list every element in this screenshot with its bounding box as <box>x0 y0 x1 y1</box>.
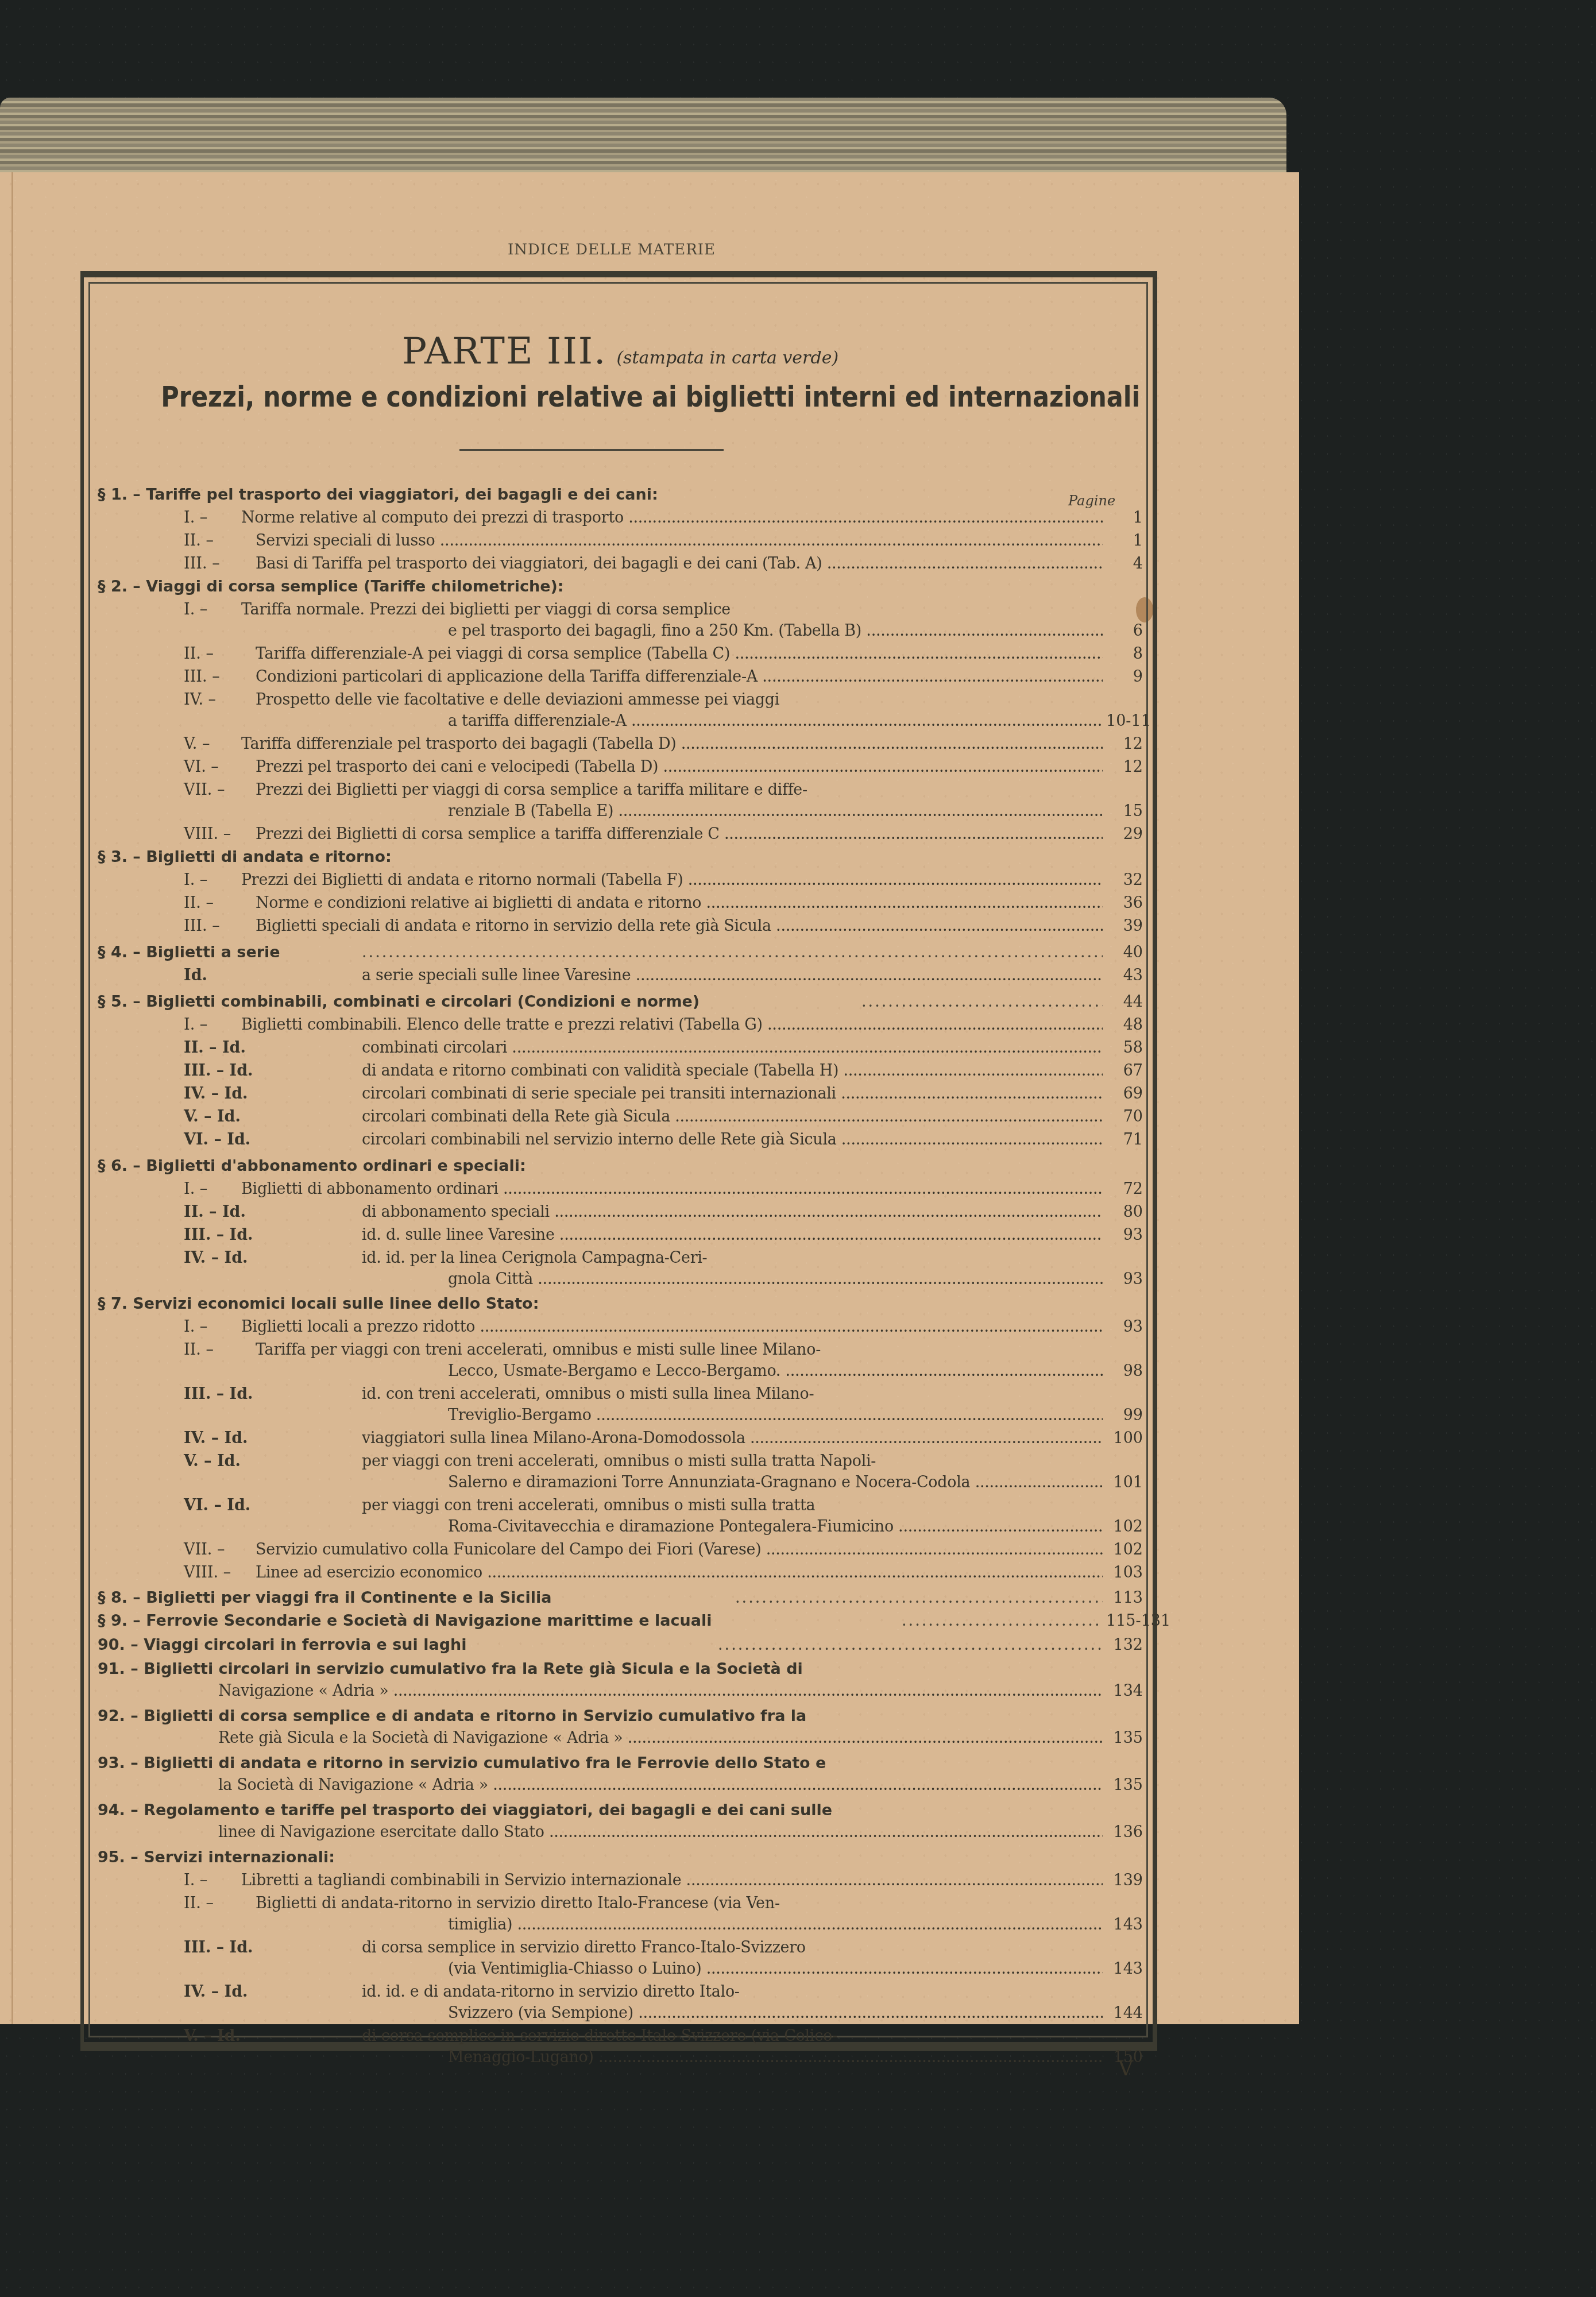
toc-entry[interactable]: Id.a serie speciali sulle linee Varesine… <box>98 965 1143 988</box>
toc-entry[interactable]: II. –Biglietti di andata-ritorno in serv… <box>98 1893 1143 1916</box>
entry-page-number: 93 <box>1106 1269 1143 1290</box>
entry-page-number: 15 <box>1106 801 1143 822</box>
entry-page-number: 43 <box>1106 965 1143 987</box>
entry-title: Svizzero (via Sempione) ................… <box>448 2002 1103 2024</box>
entry-numeral: VI. – Id. <box>184 1129 250 1151</box>
entry-page-number: 144 <box>1106 2002 1143 2024</box>
entry-numeral: VIII. – <box>184 823 231 845</box>
entry-title: circolari combinati di serie speciale pe… <box>362 1083 1103 1105</box>
toc-entry[interactable]: III. – Id.id. d. sulle linee Varesine ..… <box>98 1224 1143 1247</box>
toc-entry[interactable]: VI. – Id.per viaggi con treni accelerati… <box>98 1495 1143 1518</box>
dot-leader: ........................................… <box>362 942 1103 964</box>
toc-entry[interactable]: Treviglio-Bergamo ......................… <box>98 1405 1143 1428</box>
entry-title: Treviglio-Bergamo ......................… <box>448 1405 1103 1426</box>
toc-entry[interactable]: § 9. – Ferrovie Secondarie e Società di … <box>98 1610 1143 1633</box>
entry-numeral: I. – <box>184 1178 207 1200</box>
toc-entry[interactable]: § 7. Servizi economici locali sulle line… <box>98 1293 1143 1316</box>
entry-title: Tariffa differenziale pel trasporto dei … <box>241 733 1103 755</box>
running-head: INDICE DELLE MATERIE <box>0 241 1223 258</box>
entry-page-number: 102 <box>1106 1516 1143 1538</box>
entry-page-number: 100 <box>1106 1428 1143 1449</box>
toc-entry[interactable]: I. –Biglietti locali a prezzo ridotto ..… <box>98 1316 1143 1339</box>
entry-numeral: VI. – <box>184 756 219 778</box>
toc-entry[interactable]: V. –Tariffa differenziale pel trasporto … <box>98 733 1143 756</box>
entry-page-number: 12 <box>1106 756 1143 778</box>
toc-entry[interactable]: VIII. –Linee ad esercizio economico ....… <box>98 1562 1143 1585</box>
toc-entry[interactable]: V. – Id.di corsa semplice in servizio di… <box>98 2025 1143 2048</box>
entry-page-number: 9 <box>1106 666 1143 688</box>
entry-page-number: 135 <box>1106 1727 1143 1749</box>
entry-numeral: III. – <box>184 553 220 575</box>
page-gutter-line <box>11 172 13 2024</box>
entry-numeral: II. – <box>184 643 214 665</box>
toc-entry[interactable]: 92. – Biglietti di corsa semplice e di a… <box>98 1706 1143 1728</box>
entry-page-number: 99 <box>1106 1405 1143 1426</box>
entry-title: Lecco, Usmate-Bergamo e Lecco-Bergamo. .… <box>448 1360 1103 1382</box>
entry-title: circolari combinabili nel servizio inter… <box>362 1129 1103 1151</box>
entry-title: a serie speciali sulle linee Varesine ..… <box>362 965 1103 987</box>
entry-page-number: 8 <box>1106 643 1143 665</box>
entry-page-number: 44 <box>1106 991 1143 1013</box>
entry-title: Norme relative al computo dei prezzi di … <box>241 507 1103 529</box>
entry-numeral: III. – <box>184 666 220 688</box>
toc-entry[interactable]: II. – Id.combinati circolari ...........… <box>98 1037 1143 1060</box>
entry-title: Tariffa differenziale-A pei viaggi di co… <box>256 643 1103 665</box>
entry-title: la Società di Navigazione « Adria » ....… <box>218 1774 1103 1796</box>
entry-numeral: V. – Id. <box>184 2025 241 2047</box>
entry-title: Prezzi dei Biglietti di corsa semplice a… <box>256 823 1103 845</box>
entry-title: (via Ventimiglia-Chiasso o Luino) ......… <box>448 1958 1103 1980</box>
entry-numeral: VII. – <box>184 779 225 801</box>
toc-entry[interactable]: 93. – Biglietti di andata e ritorno in s… <box>98 1753 1143 1776</box>
entry-title: Basi di Tariffa pel trasporto dei viaggi… <box>256 553 1103 575</box>
section-heading: 94. – Regolamento e tariffe pel trasport… <box>98 1800 832 1822</box>
entry-page-number: 12 <box>1106 733 1143 755</box>
entry-title: di abbonamento speciali ................… <box>362 1201 1103 1223</box>
entry-title: renziale B (Tabella E) .................… <box>448 801 1103 822</box>
entry-numeral: Id. <box>184 965 207 987</box>
toc-entry[interactable]: II. –Norme e condizioni relative ai bigl… <box>98 892 1143 915</box>
entry-title: a tariffa differenziale-A ..............… <box>448 710 1103 732</box>
entry-page-number: 36 <box>1106 892 1143 914</box>
entry-page-number: 102 <box>1106 1539 1143 1561</box>
entry-numeral: III. – Id. <box>184 1224 253 1246</box>
toc-entry[interactable]: 95. – Servizi internazionali: <box>98 1847 1143 1870</box>
entry-page-number: 39 <box>1106 915 1143 937</box>
toc-entry[interactable]: V. – Id.circolari combinati della Rete g… <box>98 1106 1143 1129</box>
entry-title: Biglietti speciali di andata e ritorno i… <box>256 915 1103 937</box>
section-heading: § 3. – Biglietti di andata e ritorno: <box>98 846 392 868</box>
entry-numeral: IV. – <box>184 689 216 711</box>
entry-page-number: 103 <box>1106 1562 1143 1584</box>
toc-entry[interactable]: I. –Tariffa normale. Prezzi dei bigliett… <box>98 599 1143 622</box>
entry-title: timiglia) ..............................… <box>448 1914 1103 1936</box>
entry-title: Libretti a tagliandi combinabili in Serv… <box>241 1870 1103 1892</box>
toc-entry[interactable]: II. – Id.di abbonamento speciali .......… <box>98 1201 1143 1224</box>
dot-leader: ........................................… <box>902 1610 1103 1632</box>
entry-title: Navigazione « Adria » ..................… <box>218 1680 1103 1702</box>
part-label: PARTE III. <box>402 330 606 373</box>
toc-entry[interactable]: Lecco, Usmate-Bergamo e Lecco-Bergamo. .… <box>98 1360 1143 1383</box>
toc-entry[interactable]: I. –Prezzi dei Biglietti di andata e rit… <box>98 869 1143 892</box>
entry-page-number: 32 <box>1106 869 1143 891</box>
section-heading: § 6. – Biglietti d'abbonamento ordinari … <box>98 1155 526 1177</box>
entry-page-number: 93 <box>1106 1316 1143 1338</box>
entry-title: Norme e condizioni relative ai biglietti… <box>256 892 1103 914</box>
entry-page-number: 143 <box>1106 1914 1143 1936</box>
entry-page-number: 71 <box>1106 1129 1143 1151</box>
entry-numeral: V. – Id. <box>184 1106 241 1128</box>
toc-entry[interactable]: II. –Tariffa per viaggi con treni accele… <box>98 1339 1143 1362</box>
toc-entry[interactable]: IV. – Id.circolari combinati di serie sp… <box>98 1083 1143 1106</box>
entry-title: per viaggi con treni accelerati, omnibus… <box>362 1451 1103 1472</box>
entry-page-number: 135 <box>1106 1774 1143 1796</box>
section-heading: § 8. – Biglietti per viaggi fra il Conti… <box>98 1587 551 1609</box>
toc-entry[interactable]: III. – Id.di andata e ritorno combinati … <box>98 1060 1143 1083</box>
entry-numeral: III. – Id. <box>184 1383 253 1405</box>
toc-entry[interactable]: Rete già Sicula e la Società di Navigazi… <box>98 1727 1143 1750</box>
section-heading: 93. – Biglietti di andata e ritorno in s… <box>98 1753 826 1774</box>
section-heading: 90. – Viaggi circolari in ferrovia e sui… <box>98 1634 466 1656</box>
toc-entry[interactable]: § 2. – Viaggi di corsa semplice (Tariffe… <box>98 576 1143 599</box>
entry-page-number: 67 <box>1106 1060 1143 1082</box>
toc-entry[interactable]: § 3. – Biglietti di andata e ritorno: <box>98 846 1143 869</box>
entry-numeral: V. – Id. <box>184 1451 241 1472</box>
toc-entry[interactable]: § 6. – Biglietti d'abbonamento ordinari … <box>98 1155 1143 1178</box>
toc-entry[interactable]: gnola Città ............................… <box>98 1269 1143 1291</box>
entry-title: Servizi speciali di lusso ..............… <box>256 530 1103 552</box>
toc-entry[interactable]: § 5. – Biglietti combinabili, combinati … <box>98 991 1143 1014</box>
page-edges-stack <box>0 98 1286 184</box>
entry-page-number: 40 <box>1106 942 1143 964</box>
toc-entry[interactable]: 90. – Viaggi circolari in ferrovia e sui… <box>98 1634 1143 1657</box>
entry-numeral: II. – <box>184 530 214 552</box>
entry-page-number: 93 <box>1106 1224 1143 1246</box>
entry-page-number: 113 <box>1106 1587 1143 1609</box>
toc-entry[interactable]: renziale B (Tabella E) .................… <box>98 801 1143 823</box>
entry-title: Tariffa normale. Prezzi dei biglietti pe… <box>241 599 1103 621</box>
section-heading: § 5. – Biglietti combinabili, combinati … <box>98 991 700 1013</box>
entry-numeral: IV. – Id. <box>184 1083 248 1105</box>
entry-numeral: I. – <box>184 507 207 529</box>
entry-title: Prezzi dei Biglietti per viaggi di corsa… <box>256 779 1103 801</box>
entry-page-number: 136 <box>1106 1822 1143 1843</box>
section-heading: § 4. – Biglietti a serie <box>98 942 280 964</box>
toc-entry[interactable]: VII. –Servizio cumulativo colla Funicola… <box>98 1539 1143 1562</box>
entry-page-number: 72 <box>1106 1178 1143 1200</box>
entry-title: Tariffa per viaggi con treni accelerati,… <box>256 1339 1103 1361</box>
toc-entry[interactable]: III. –Basi di Tariffa pel trasporto dei … <box>98 553 1143 576</box>
entry-page-number: 134 <box>1106 1680 1143 1702</box>
entry-page-number: 143 <box>1106 1958 1143 1980</box>
entry-title: e pel trasporto dei bagagli, fino a 250 … <box>448 620 1103 642</box>
entry-title: Biglietti combinabili. Elenco delle trat… <box>241 1014 1103 1036</box>
entry-page-number: 4 <box>1106 553 1143 575</box>
entry-numeral: III. – <box>184 915 220 937</box>
entry-page-number: 139 <box>1106 1870 1143 1892</box>
entry-numeral: VI. – Id. <box>184 1495 250 1517</box>
entry-title: Prezzi dei Biglietti di andata e ritorno… <box>241 869 1103 891</box>
toc-entry[interactable]: Menaggio-Lugano) .......................… <box>98 2047 1143 2070</box>
entry-numeral: III. – Id. <box>184 1937 253 1959</box>
toc-entry[interactable]: e pel trasporto dei bagagli, fino a 250 … <box>98 620 1143 643</box>
entry-numeral: II. – Id. <box>184 1201 246 1223</box>
entry-numeral: IV. – Id. <box>184 1981 248 2003</box>
entry-numeral: IV. – Id. <box>184 1247 248 1269</box>
main-title: Prezzi, norme e condizioni relative ai b… <box>161 380 1080 413</box>
entry-title: Servizio cumulativo colla Funicolare del… <box>256 1539 1103 1561</box>
toc-entry[interactable]: VI. – Id.circolari combinabili nel servi… <box>98 1129 1143 1152</box>
dot-leader: ........................................… <box>718 1634 1103 1656</box>
toc-entry[interactable]: la Società di Navigazione « Adria » ....… <box>98 1774 1143 1797</box>
toc-entry[interactable]: I. –Biglietti di abbonamento ordinari ..… <box>98 1178 1143 1201</box>
toc-entry[interactable]: III. – Id.di corsa semplice in servizio … <box>98 1937 1143 1960</box>
title-divider <box>459 449 724 451</box>
entry-title: linee di Navigazione esercitate dallo St… <box>218 1822 1103 1843</box>
toc-entry[interactable]: IV. – Id.id. id. e di andata-ritorno in … <box>98 1981 1143 2004</box>
entry-numeral: II. – <box>184 1339 214 1361</box>
section-heading: 92. – Biglietti di corsa semplice e di a… <box>98 1706 806 1727</box>
section-heading: § 9. – Ferrovie Secondarie e Società di … <box>98 1610 712 1632</box>
entry-title: Biglietti di andata-ritorno in servizio … <box>256 1893 1103 1915</box>
entry-numeral: I. – <box>184 599 207 621</box>
toc-entry[interactable]: I. –Libretti a tagliandi combinabili in … <box>98 1870 1143 1893</box>
entry-numeral: I. – <box>184 1014 207 1036</box>
toc-entry[interactable]: IV. –Prospetto delle vie facoltative e d… <box>98 689 1143 712</box>
toc-entry[interactable]: III. – Id.id. con treni accelerati, omni… <box>98 1383 1143 1406</box>
entry-title: per viaggi con treni accelerati, omnibus… <box>362 1495 1103 1517</box>
section-heading: § 2. – Viaggi di corsa semplice (Tariffe… <box>98 576 564 598</box>
entry-title: Linee ad esercizio economico ...........… <box>256 1562 1103 1584</box>
toc-entry[interactable]: V. – Id.per viaggi con treni accelerati,… <box>98 1451 1143 1474</box>
part-heading: PARTE III. (stampata in carta verde) <box>0 330 1241 373</box>
entry-title: Prospetto delle vie facoltative e delle … <box>256 689 1103 711</box>
entry-numeral: II. – <box>184 892 214 914</box>
toc-entry[interactable]: timiglia) ..............................… <box>98 1914 1143 1937</box>
entry-title: gnola Città ............................… <box>448 1269 1103 1290</box>
entry-title: di andata e ritorno combinati con validi… <box>362 1060 1103 1082</box>
page-number: V <box>1118 2057 1133 2081</box>
entry-page-number: 70 <box>1106 1106 1143 1128</box>
section-heading: § 7. Servizi economici locali sulle line… <box>98 1293 539 1315</box>
entry-numeral: II. – <box>184 1893 214 1915</box>
toc-entry[interactable]: III. –Biglietti speciali di andata e rit… <box>98 915 1143 938</box>
toc-entry[interactable]: a tariffa differenziale-A ..............… <box>98 710 1143 733</box>
section-heading: § 1. – Tariffe pel trasporto dei viaggia… <box>98 484 658 506</box>
toc-entry[interactable]: VI. –Prezzi pel trasporto dei cani e vel… <box>98 756 1143 779</box>
toc-entry[interactable]: Roma-Civitavecchia e diramazione Pontega… <box>98 1516 1143 1539</box>
toc-entry[interactable]: VIII. –Prezzi dei Biglietti di corsa sem… <box>98 823 1143 846</box>
toc-entry[interactable]: Salerno e diramazioni Torre Annunziata-G… <box>98 1472 1143 1495</box>
section-heading: 91. – Biglietti circolari in servizio cu… <box>98 1658 803 1680</box>
entry-numeral: II. – Id. <box>184 1037 246 1059</box>
entry-title: Roma-Civitavecchia e diramazione Pontega… <box>448 1516 1103 1538</box>
entry-title: viaggiatori sulla linea Milano-Arona-Dom… <box>362 1428 1103 1449</box>
toc-entry[interactable]: (via Ventimiglia-Chiasso o Luino) ......… <box>98 1958 1143 1981</box>
toc-entry[interactable]: 91. – Biglietti circolari in servizio cu… <box>98 1658 1143 1681</box>
entry-numeral: IV. – Id. <box>184 1428 248 1449</box>
entry-title: id. d. sulle linee Varesine ............… <box>362 1224 1103 1246</box>
entry-page-number: 69 <box>1106 1083 1143 1105</box>
toc-entry[interactable]: § 1. – Tariffe pel trasporto dei viaggia… <box>98 484 1143 507</box>
entry-title: Rete già Sicula e la Società di Navigazi… <box>218 1727 1103 1749</box>
entry-title: id. id. per la linea Cerignola Campagna-… <box>362 1247 1103 1269</box>
entry-title: combinati circolari ....................… <box>362 1037 1103 1059</box>
entry-page-number: 10-11 <box>1106 710 1143 732</box>
entry-title: id. con treni accelerati, omnibus o mist… <box>362 1383 1103 1405</box>
entry-numeral: I. – <box>184 869 207 891</box>
toc-entry[interactable]: III. –Condizioni particolari di applicaz… <box>98 666 1143 689</box>
dot-leader: ........................................… <box>861 991 1103 1013</box>
entry-page-number: 101 <box>1106 1472 1143 1494</box>
entry-numeral: I. – <box>184 1870 207 1892</box>
toc-entry[interactable]: § 8. – Biglietti per viaggi fra il Conti… <box>98 1587 1143 1610</box>
entry-numeral: VII. – <box>184 1539 225 1561</box>
toc-entry[interactable]: Navigazione « Adria » ..................… <box>98 1680 1143 1703</box>
entry-page-number: 58 <box>1106 1037 1143 1059</box>
toc-entry[interactable]: I. –Biglietti combinabili. Elenco delle … <box>98 1014 1143 1037</box>
toc-entry[interactable]: 94. – Regolamento e tariffe pel trasport… <box>98 1800 1143 1823</box>
entry-title: Condizioni particolari di applicazione d… <box>256 666 1103 688</box>
entry-page-number: 98 <box>1106 1360 1143 1382</box>
entry-page-number: 48 <box>1106 1014 1143 1036</box>
entry-title: Menaggio-Lugano) .......................… <box>448 2047 1103 2068</box>
entry-page-number: 1 <box>1106 507 1143 529</box>
part-note: (stampata in carta verde) <box>616 348 838 368</box>
entry-title: di corsa semplice in servizio diretto Fr… <box>362 1937 1103 1959</box>
toc-entry[interactable]: I. –Norme relative al computo dei prezzi… <box>98 507 1143 530</box>
entry-numeral: I. – <box>184 1316 207 1338</box>
toc-entry[interactable]: Svizzero (via Sempione) ................… <box>98 2002 1143 2025</box>
toc-entry[interactable]: IV. – Id.id. id. per la linea Cerignola … <box>98 1247 1143 1270</box>
toc-entry[interactable]: VII. –Prezzi dei Biglietti per viaggi di… <box>98 779 1143 802</box>
entry-title: Salerno e diramazioni Torre Annunziata-G… <box>448 1472 1103 1494</box>
entry-title: Biglietti di abbonamento ordinari ......… <box>241 1178 1103 1200</box>
dot-leader: ........................................… <box>735 1587 1103 1609</box>
entry-title: id. id. e di andata-ritorno in servizio … <box>362 1981 1103 2003</box>
entry-numeral: III. – Id. <box>184 1060 253 1082</box>
entry-title: Biglietti locali a prezzo ridotto ......… <box>241 1316 1103 1338</box>
entry-page-number: 29 <box>1106 823 1143 845</box>
entry-numeral: VIII. – <box>184 1562 231 1584</box>
section-heading: 95. – Servizi internazionali: <box>98 1847 335 1869</box>
entry-page-number: 6 <box>1106 620 1143 642</box>
entry-title: Prezzi pel trasporto dei cani e velocipe… <box>256 756 1103 778</box>
toc-entry[interactable]: § 4. – Biglietti a serie................… <box>98 942 1143 965</box>
entry-page-number: 115-131 <box>1106 1610 1143 1632</box>
toc-entry[interactable]: II. –Tariffa differenziale-A pei viaggi … <box>98 643 1143 666</box>
toc-entry[interactable]: II. –Servizi speciali di lusso .........… <box>98 530 1143 553</box>
entry-title: circolari combinati della Rete già Sicul… <box>362 1106 1103 1128</box>
entry-page-number: 1 <box>1106 530 1143 552</box>
toc-entry[interactable]: IV. – Id.viaggiatori sulla linea Milano-… <box>98 1428 1143 1451</box>
entry-numeral: V. – <box>184 733 210 755</box>
toc-entry[interactable]: linee di Navigazione esercitate dallo St… <box>98 1822 1143 1844</box>
entry-title: di corsa semplice in servizio diretto It… <box>362 2025 1103 2047</box>
entry-page-number: 132 <box>1106 1634 1143 1656</box>
entry-page-number: 80 <box>1106 1201 1143 1223</box>
